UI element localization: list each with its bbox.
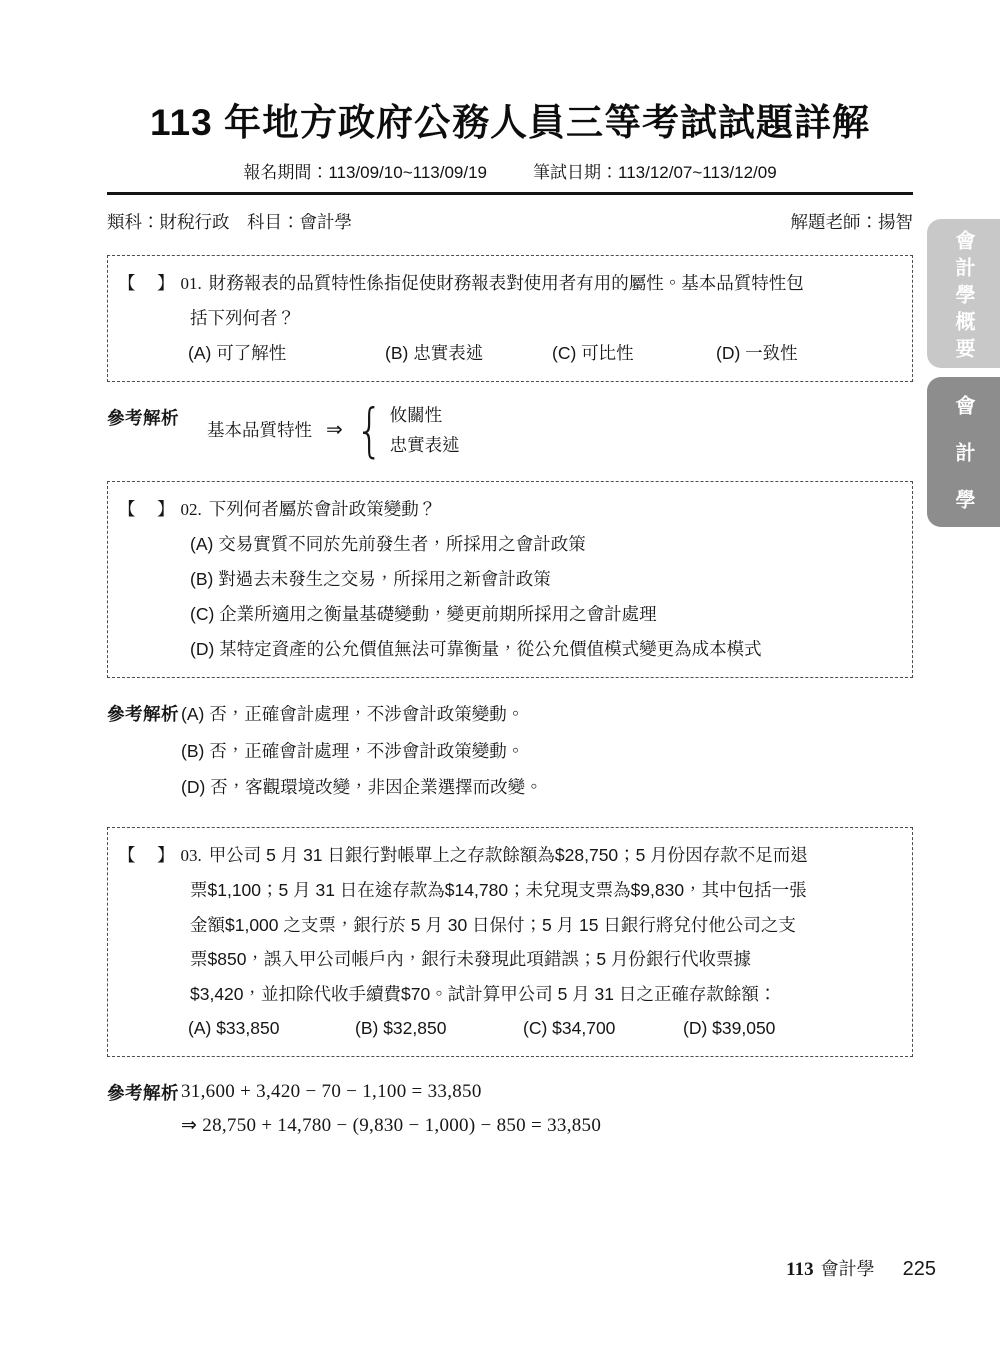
analysis-body: (A) 否，正確會計處理，不涉會計政策變動。 (B) 否，正確會計處理，不涉會計… [181,696,913,806]
written-exam-date: 筆試日期：113/12/07~113/12/09 [533,158,777,183]
option-b: (B) 對過去未發生之交易，所採用之新會計政策 [190,562,900,597]
category-subject: 類科：財稅行政 科目：會計學 [107,209,352,234]
answer-bracket: 【 】 [118,492,177,527]
side-tab-accounting-summary: 會計學概要 [927,219,1000,368]
book-page: 113 年地方政府公務人員三等考試試題詳解 報名期間：113/09/10~113… [0,0,1000,1353]
exam-dates-row: 報名期間：113/09/10~113/09/19 筆試日期：113/12/07~… [107,158,913,183]
question-number: 02. [181,492,202,527]
answer-bracket: 【 】 [118,266,177,301]
analysis-line-a: (A) 否，正確會計處理，不涉會計政策變動。 [181,696,913,733]
option-b: (B) $32,850 [355,1011,523,1046]
question-box-03: 【 】 03. 甲公司 5 月 31 日銀行對帳單上之存款餘額為$28,750；… [107,827,913,1057]
meta-row: 類科：財稅行政 科目：會計學 解題老師：揚智 [107,209,913,234]
question-box-01: 【 】 01. 財務報表的品質特性係指促使財務報表對使用者有用的屬性。基本品質特… [107,255,913,382]
page-number: 225 [903,1258,936,1281]
option-a: (A) 可了解性 [188,336,385,371]
option-c: (C) $34,700 [523,1011,683,1046]
analysis-01: 參考解析 基本品質特性 ⇒ { 攸關性 忠實表述 [107,400,913,460]
implies-arrow-icon: ⇒ [326,412,343,448]
option-a: (A) $33,850 [188,1011,355,1046]
page-content: 113 年地方政府公務人員三等考試試題詳解 報名期間：113/09/10~113… [107,0,913,1143]
solution-teacher: 解題老師：揚智 [791,209,914,234]
side-tab-label: 會計學概要 [949,230,978,365]
option-d: (D) 某特定資產的公允價值無法可靠衡量，從公允價值模式變更為成本模式 [190,632,900,667]
header-divider [107,192,913,195]
side-tab-accounting: 會計學 [927,377,1000,527]
option-b: (B) 忠實表述 [385,336,552,371]
calculation-line: ⇒ 28,750 + 14,780 − (9,830 − 1,000) − 85… [181,1109,913,1143]
brace-item: 攸關性 [390,400,460,430]
question-number: 03. [181,839,202,874]
option-c: (C) 企業所適用之衡量基礎變動，變更前期所採用之會計處理 [190,597,900,632]
brace-icon: { [355,401,383,459]
option-d: (D) $39,050 [683,1011,775,1046]
page-title: 113 年地方政府公務人員三等考試試題詳解 [107,0,913,146]
analysis-label: 參考解析 [107,696,181,732]
question-02-first-line: 【 】 02. 下列何者屬於會計政策變動？ [118,492,900,527]
analysis-body: 31,600 + 3,420 − 70 − 1,100 = 33,850 ⇒ 2… [181,1075,913,1143]
question-text-continued: 票$850，誤入甲公司帳戶內，銀行未發現此項錯誤；5 月份銀行代收票據 [190,942,900,977]
analysis-lead: 基本品質特性 [207,412,312,448]
analysis-line-d: (D) 否，客觀環境改變，非因企業選擇而改變。 [181,769,913,806]
question-03-options: (A) $33,850 (B) $32,850 (C) $34,700 (D) … [188,1011,900,1046]
question-01-first-line: 【 】 01. 財務報表的品質特性係指促使財務報表對使用者有用的屬性。基本品質特… [118,266,900,301]
option-d: (D) 一致性 [716,336,798,371]
question-text: 甲公司 5 月 31 日銀行對帳單上之存款餘額為$28,750；5 月份因存款不… [209,838,900,873]
analysis-03: 參考解析 31,600 + 3,420 − 70 − 1,100 = 33,85… [107,1075,913,1143]
footer-subject: 會計學 [821,1255,875,1281]
registration-period: 報名期間：113/09/10~113/09/19 [243,158,487,183]
option-a: (A) 交易實質不同於先前發生者，所採用之會計政策 [190,527,900,562]
analysis-brace-row: 基本品質特性 ⇒ { 攸關性 忠實表述 [207,400,913,460]
brace-items: 攸關性 忠實表述 [390,400,460,460]
analysis-line-b: (B) 否，正確會計處理，不涉會計政策變動。 [181,733,913,770]
analysis-body: 基本品質特性 ⇒ { 攸關性 忠實表述 [181,400,913,460]
question-text: 財務報表的品質特性係指促使財務報表對使用者有用的屬性。基本品質特性包 [209,266,900,301]
question-03-first-line: 【 】 03. 甲公司 5 月 31 日銀行對帳單上之存款餘額為$28,750；… [118,838,900,874]
question-text-continued: $3,420，並扣除代收手續費$70。試計算甲公司 5 月 31 日之正確存款餘… [190,977,900,1012]
question-number: 01. [181,266,202,301]
question-text: 下列何者屬於會計政策變動？ [209,492,900,527]
side-tab-label: 會計學 [949,395,978,536]
question-text-continued: 括下列何者？ [190,301,900,336]
question-text-continued: 票$1,100；5 月 31 日在途存款為$14,780；未兌現支票為$9,83… [190,873,900,908]
analysis-label: 參考解析 [107,400,181,436]
page-footer: 113 會計學 225 [786,1255,936,1281]
brace-item: 忠實表述 [390,430,460,460]
question-01-options: (A) 可了解性 (B) 忠實表述 (C) 可比性 (D) 一致性 [188,336,900,371]
question-box-02: 【 】 02. 下列何者屬於會計政策變動？ (A) 交易實質不同於先前發生者，所… [107,481,913,678]
option-c: (C) 可比性 [552,336,716,371]
calculation-line: 31,600 + 3,420 − 70 − 1,100 = 33,850 [181,1075,913,1109]
question-text-continued: 金額$1,000 之支票，銀行於 5 月 30 日保付；5 月 15 日銀行將兌… [190,908,900,943]
analysis-label: 參考解析 [107,1075,181,1111]
answer-bracket: 【 】 [118,838,177,873]
footer-year: 113 [786,1259,813,1281]
analysis-02: 參考解析 (A) 否，正確會計處理，不涉會計政策變動。 (B) 否，正確會計處理… [107,696,913,806]
